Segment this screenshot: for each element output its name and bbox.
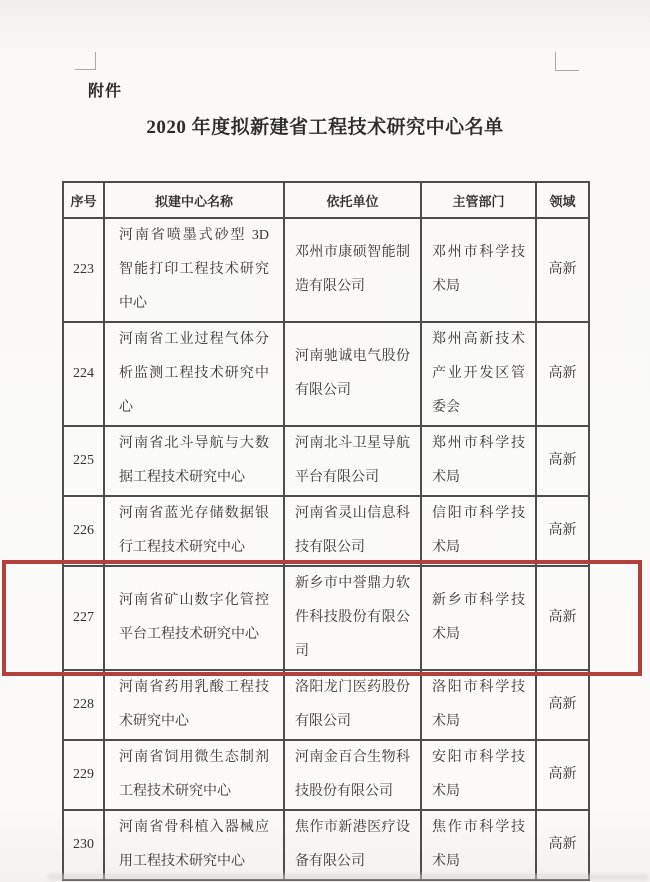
table-cell-department: 安阳市科学技术局 [421,740,536,810]
table-cell-supporting-unit: 河南金百合生物科技股份有限公司 [284,740,421,810]
attachment-label: 附件 [88,78,122,101]
table-cell-department: 新乡市科学技术局 [421,566,536,670]
table-cell-supporting-unit: 河南省灵山信息科技有限公司 [284,496,421,566]
table-cell-center-name: 河南省蓝光存储数据银行工程技术研究中心 [104,496,284,566]
table-cell-department: 郑州高新技术产业开发区管委会 [421,322,536,426]
table-cell-department: 郑州市科学技术局 [421,426,536,496]
table-cell-serial-number: 227 [63,566,104,670]
table-cell-serial-number: 223 [63,218,104,322]
table-cell-center-name: 河南省矿山数字化管控平台工程技术研究中心 [104,566,284,670]
document-page: 附件 2020 年度拟新建省工程技术研究中心名单 序号 拟建中心名称 依托单位 … [0,0,650,882]
table-cell-field: 高新 [536,740,589,810]
table-cell-serial-number: 229 [63,740,104,810]
margin-corner-mark-right [555,52,579,71]
table-cell-serial-number: 230 [63,810,104,880]
table-row: 227河南省矿山数字化管控平台工程技术研究中心新乡市中誉鼎力软件科技股份有限公司… [63,566,589,670]
table-cell-supporting-unit: 新乡市中誉鼎力软件科技股份有限公司 [284,566,421,670]
table-row: 225河南省北斗导航与大数据工程技术研究中心河南北斗卫星导航平台有限公司郑州市科… [63,426,589,496]
table-body: 223河南省喷墨式砂型 3D 智能打印工程技术研究中心邓州市康硕智能制造有限公司… [63,218,589,880]
table-cell-center-name: 河南省饲用微生态制剂工程技术研究中心 [104,740,284,810]
table-cell-department: 邓州市科学技术局 [421,218,536,322]
page-bottom-shadow [48,875,648,879]
table-row: 229河南省饲用微生态制剂工程技术研究中心河南金百合生物科技股份有限公司安阳市科… [63,740,589,810]
table-cell-field: 高新 [536,496,589,566]
table-cell-field: 高新 [536,670,589,740]
table-cell-serial-number: 225 [63,426,104,496]
header-serial-number: 序号 [63,182,104,218]
table-cell-supporting-unit: 邓州市康硕智能制造有限公司 [284,218,421,322]
table-cell-center-name: 河南省北斗导航与大数据工程技术研究中心 [104,426,284,496]
table-row: 223河南省喷墨式砂型 3D 智能打印工程技术研究中心邓州市康硕智能制造有限公司… [63,218,589,322]
table-row: 226河南省蓝光存储数据银行工程技术研究中心河南省灵山信息科技有限公司信阳市科学… [63,496,589,566]
table-cell-supporting-unit: 洛阳龙门医药股份有限公司 [284,670,421,740]
table-header: 序号 拟建中心名称 依托单位 主管部门 领域 [63,182,589,218]
header-center-name: 拟建中心名称 [104,182,284,218]
table-cell-center-name: 河南省喷墨式砂型 3D 智能打印工程技术研究中心 [104,218,284,322]
table-cell-field: 高新 [536,566,589,670]
table-cell-serial-number: 224 [63,322,104,426]
page-title: 2020 年度拟新建省工程技术研究中心名单 [0,112,650,139]
table-cell-center-name: 河南省骨科植入器械应用工程技术研究中心 [104,810,284,880]
header-row: 序号 拟建中心名称 依托单位 主管部门 领域 [63,182,589,218]
table-cell-center-name: 河南省工业过程气体分析监测工程技术研究中心 [104,322,284,426]
table-cell-supporting-unit: 河南驰诚电气股份有限公司 [284,322,421,426]
table-row: 228河南省药用乳酸工程技术研究中心洛阳龙门医药股份有限公司洛阳市科学技术局高新 [63,670,589,740]
table-cell-supporting-unit: 河南北斗卫星导航平台有限公司 [284,426,421,496]
table-cell-department: 焦作市科学技术局 [421,810,536,880]
table-row: 230河南省骨科植入器械应用工程技术研究中心焦作市新港医疗设备有限公司焦作市科学… [63,810,589,880]
table-row: 224河南省工业过程气体分析监测工程技术研究中心河南驰诚电气股份有限公司郑州高新… [63,322,589,426]
table-cell-department: 信阳市科学技术局 [421,496,536,566]
table-cell-supporting-unit: 焦作市新港医疗设备有限公司 [284,810,421,880]
table-cell-field: 高新 [536,810,589,880]
table-cell-field: 高新 [536,322,589,426]
table-cell-department: 洛阳市科学技术局 [421,670,536,740]
table-cell-field: 高新 [536,218,589,322]
table-cell-serial-number: 228 [63,670,104,740]
margin-corner-mark-left [75,52,96,70]
header-department: 主管部门 [421,182,536,218]
header-field: 领域 [536,182,589,218]
table-cell-serial-number: 226 [63,496,104,566]
table-cell-center-name: 河南省药用乳酸工程技术研究中心 [104,670,284,740]
table-cell-field: 高新 [536,426,589,496]
centers-table: 序号 拟建中心名称 依托单位 主管部门 领域 223河南省喷墨式砂型 3D 智能… [62,181,590,881]
header-supporting-unit: 依托单位 [284,182,421,218]
